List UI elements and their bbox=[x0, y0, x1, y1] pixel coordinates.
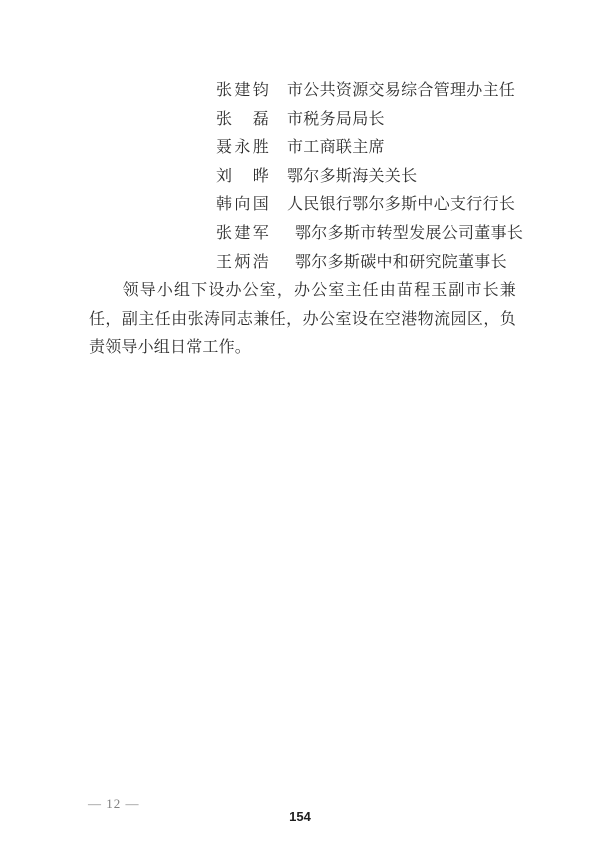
member-row: 张建钧 市公共资源交易综合管理办主任 bbox=[216, 77, 516, 106]
member-row: 张建军 鄂尔多斯市转型发展公司董事长 bbox=[216, 220, 516, 249]
office-paragraph: 领导小组下设办公室，办公室主任由苗程玉副市长兼 任，副主任由张涛同志兼任，办公室… bbox=[89, 277, 516, 363]
member-title: 鄂尔多斯市转型发展公司董事长 bbox=[295, 220, 523, 249]
member-title: 市公共资源交易综合管理办主任 bbox=[287, 77, 515, 106]
paragraph-line: 责领导小组日常工作。 bbox=[89, 334, 516, 363]
member-row: 韩向国 人民银行鄂尔多斯中心支行行长 bbox=[216, 191, 516, 220]
member-row: 张 磊 市税务局局长 bbox=[216, 106, 516, 135]
document-content: 张建钧 市公共资源交易综合管理办主任 张 磊 市税务局局长 聂永胜 市工商联主席… bbox=[89, 77, 516, 363]
paragraph-line: 领导小组下设办公室，办公室主任由苗程玉副市长兼 bbox=[89, 277, 516, 306]
member-row: 刘 晔 鄂尔多斯海关关长 bbox=[216, 163, 516, 192]
member-list: 张建钧 市公共资源交易综合管理办主任 张 磊 市税务局局长 聂永胜 市工商联主席… bbox=[216, 77, 516, 277]
member-name: 刘 晔 bbox=[216, 163, 269, 192]
member-name: 张 磊 bbox=[216, 106, 269, 135]
member-name: 王炳浩 bbox=[216, 249, 269, 278]
page-number: 154 bbox=[0, 810, 600, 823]
member-name: 张建军 bbox=[216, 220, 269, 249]
member-name: 张建钧 bbox=[216, 77, 269, 106]
member-title: 鄂尔多斯碳中和研究院董事长 bbox=[295, 249, 507, 278]
folio-number: — 12 — bbox=[88, 797, 140, 810]
member-row: 聂永胜 市工商联主席 bbox=[216, 134, 516, 163]
member-row: 王炳浩 鄂尔多斯碳中和研究院董事长 bbox=[216, 249, 516, 278]
member-title: 鄂尔多斯海关关长 bbox=[287, 163, 417, 192]
member-title: 市工商联主席 bbox=[287, 134, 385, 163]
document-page: 张建钧 市公共资源交易综合管理办主任 张 磊 市税务局局长 聂永胜 市工商联主席… bbox=[0, 0, 600, 848]
member-title: 市税务局局长 bbox=[287, 106, 385, 135]
member-title: 人民银行鄂尔多斯中心支行行长 bbox=[287, 191, 515, 220]
paragraph-line: 任，副主任由张涛同志兼任，办公室设在空港物流园区，负 bbox=[89, 306, 516, 335]
member-name: 聂永胜 bbox=[216, 134, 269, 163]
member-name: 韩向国 bbox=[216, 191, 269, 220]
